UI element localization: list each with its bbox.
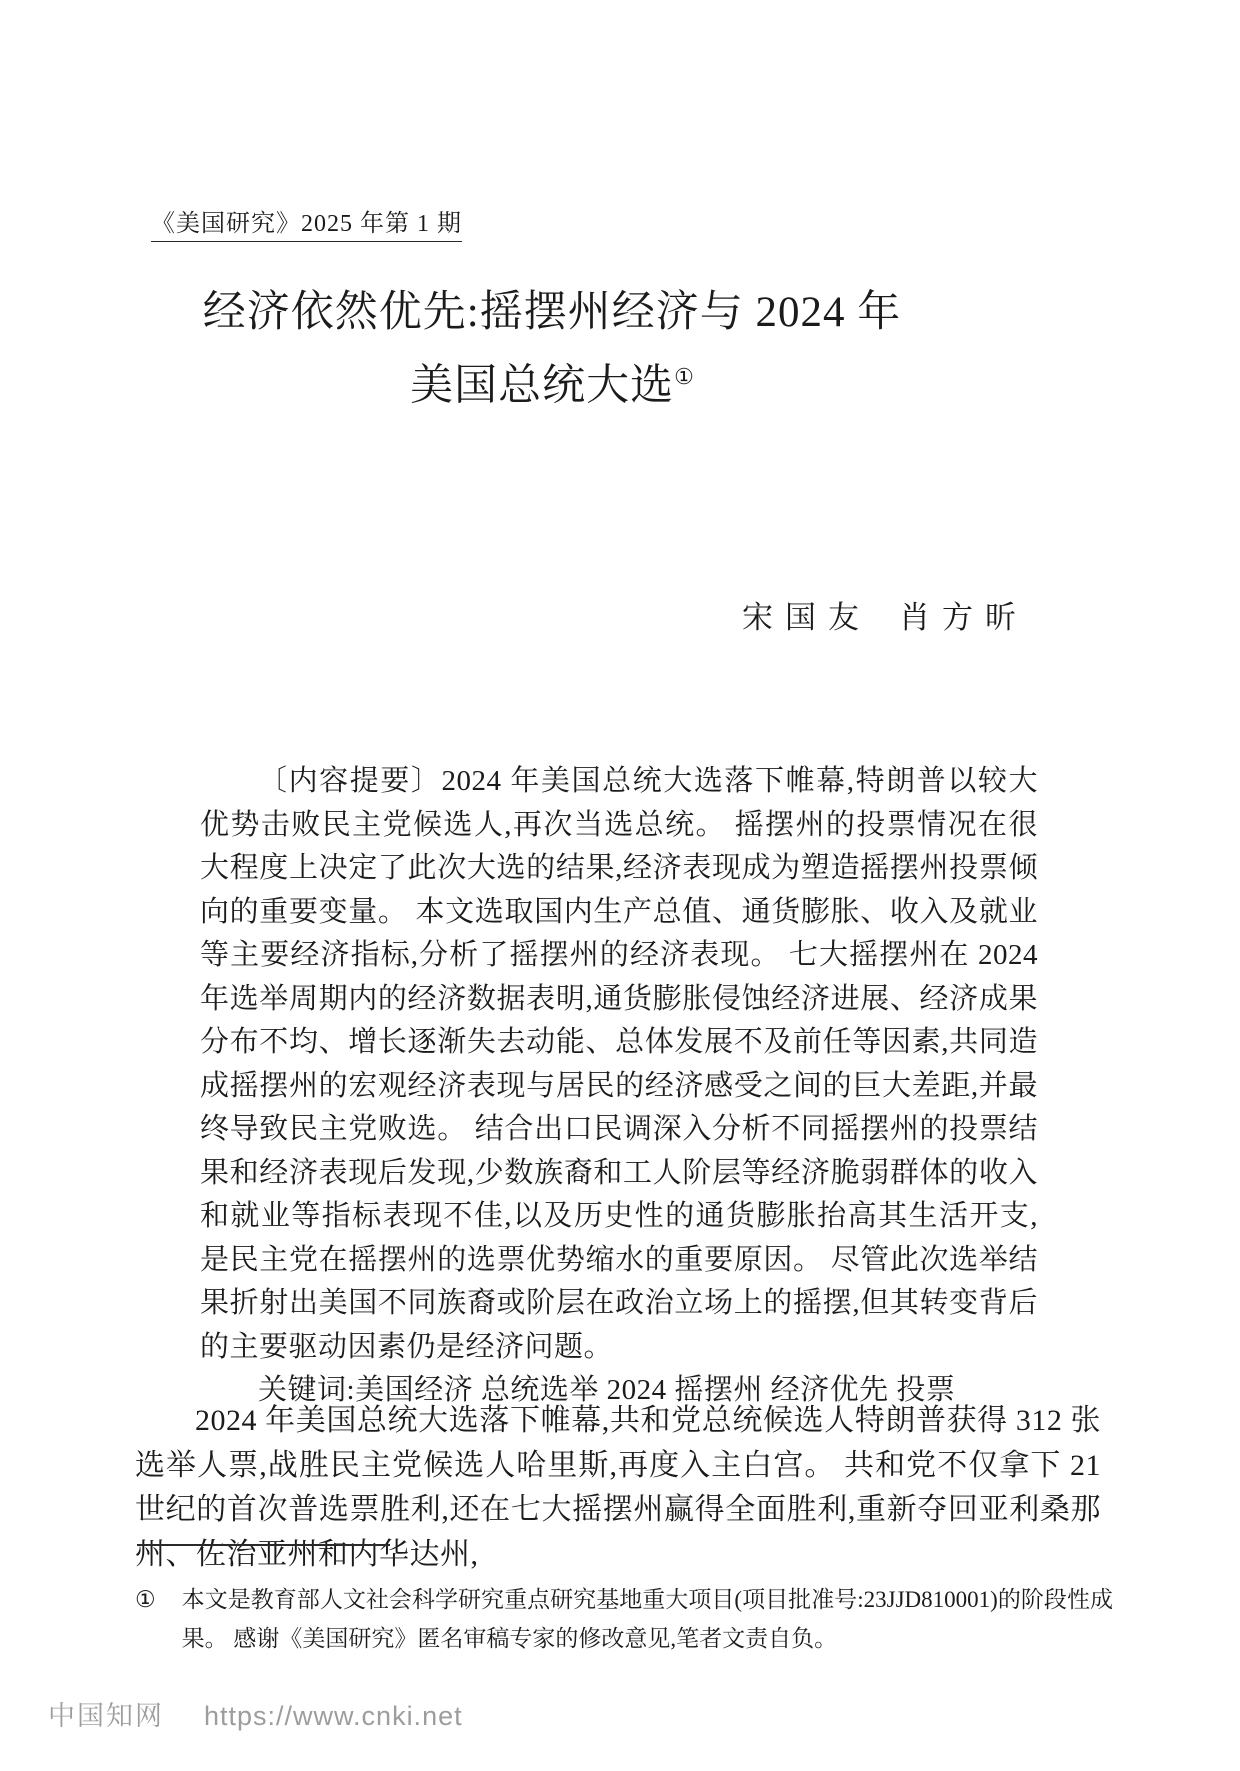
abstract-label: 〔内容提要〕 bbox=[258, 765, 442, 797]
author-name-2: 肖方昕 bbox=[899, 600, 1028, 635]
journal-issue-header: 《美国研究》2025 年第 1 期 bbox=[151, 203, 462, 242]
body-paragraph: 2024 年美国总统大选落下帷幕,共和党总统候选人特朗普获得 312 张选举人票… bbox=[135, 1399, 1101, 1577]
paper-title-line-2-text: 美国总统大选 bbox=[410, 362, 674, 409]
paper-title-line-1: 经济依然优先:摇摆州经济与 2024 年 bbox=[0, 281, 1104, 345]
paper-title-line-2: 美国总统大选① bbox=[0, 345, 1104, 418]
cnki-watermark: 中国知网 https://www.cnki.net bbox=[48, 1694, 463, 1733]
body-text-block: 2024 年美国总统大选落下帷幕,共和党总统候选人特朗普获得 312 张选举人票… bbox=[135, 1399, 1101, 1577]
abstract-text: 2024 年美国总统大选落下帷幕,特朗普以较大优势击败民主党候选人,再次当选总统… bbox=[200, 765, 1038, 1363]
paper-page: 《美国研究》2025 年第 1 期 经济依然优先:摇摆州经济与 2024 年 美… bbox=[0, 0, 1240, 1771]
cnki-site-name: 中国知网 bbox=[48, 1694, 164, 1733]
footnote-text: 本文是教育部人文社会科学研究重点研究基地重大项目(项目批准号:23JJD8100… bbox=[182, 1580, 1113, 1658]
paper-title: 经济依然优先:摇摆州经济与 2024 年 美国总统大选① bbox=[0, 281, 1104, 418]
cnki-url: https://www.cnki.net bbox=[204, 1701, 463, 1732]
footnote-divider bbox=[137, 1544, 390, 1546]
footnote-marker: ① bbox=[135, 1580, 156, 1619]
title-footnote-marker: ① bbox=[674, 364, 694, 389]
footnote-block: ① 本文是教育部人文社会科学研究重点研究基地重大项目(项目批准号:23JJD81… bbox=[135, 1580, 1113, 1658]
author-line: 宋国友肖方昕 bbox=[742, 592, 1028, 637]
author-name-1: 宋国友 bbox=[742, 600, 871, 635]
abstract-paragraph: 〔内容提要〕2024 年美国总统大选落下帷幕,特朗普以较大优势击败民主党候选人,… bbox=[200, 760, 1038, 1369]
abstract-block: 〔内容提要〕2024 年美国总统大选落下帷幕,特朗普以较大优势击败民主党候选人,… bbox=[200, 760, 1038, 1413]
